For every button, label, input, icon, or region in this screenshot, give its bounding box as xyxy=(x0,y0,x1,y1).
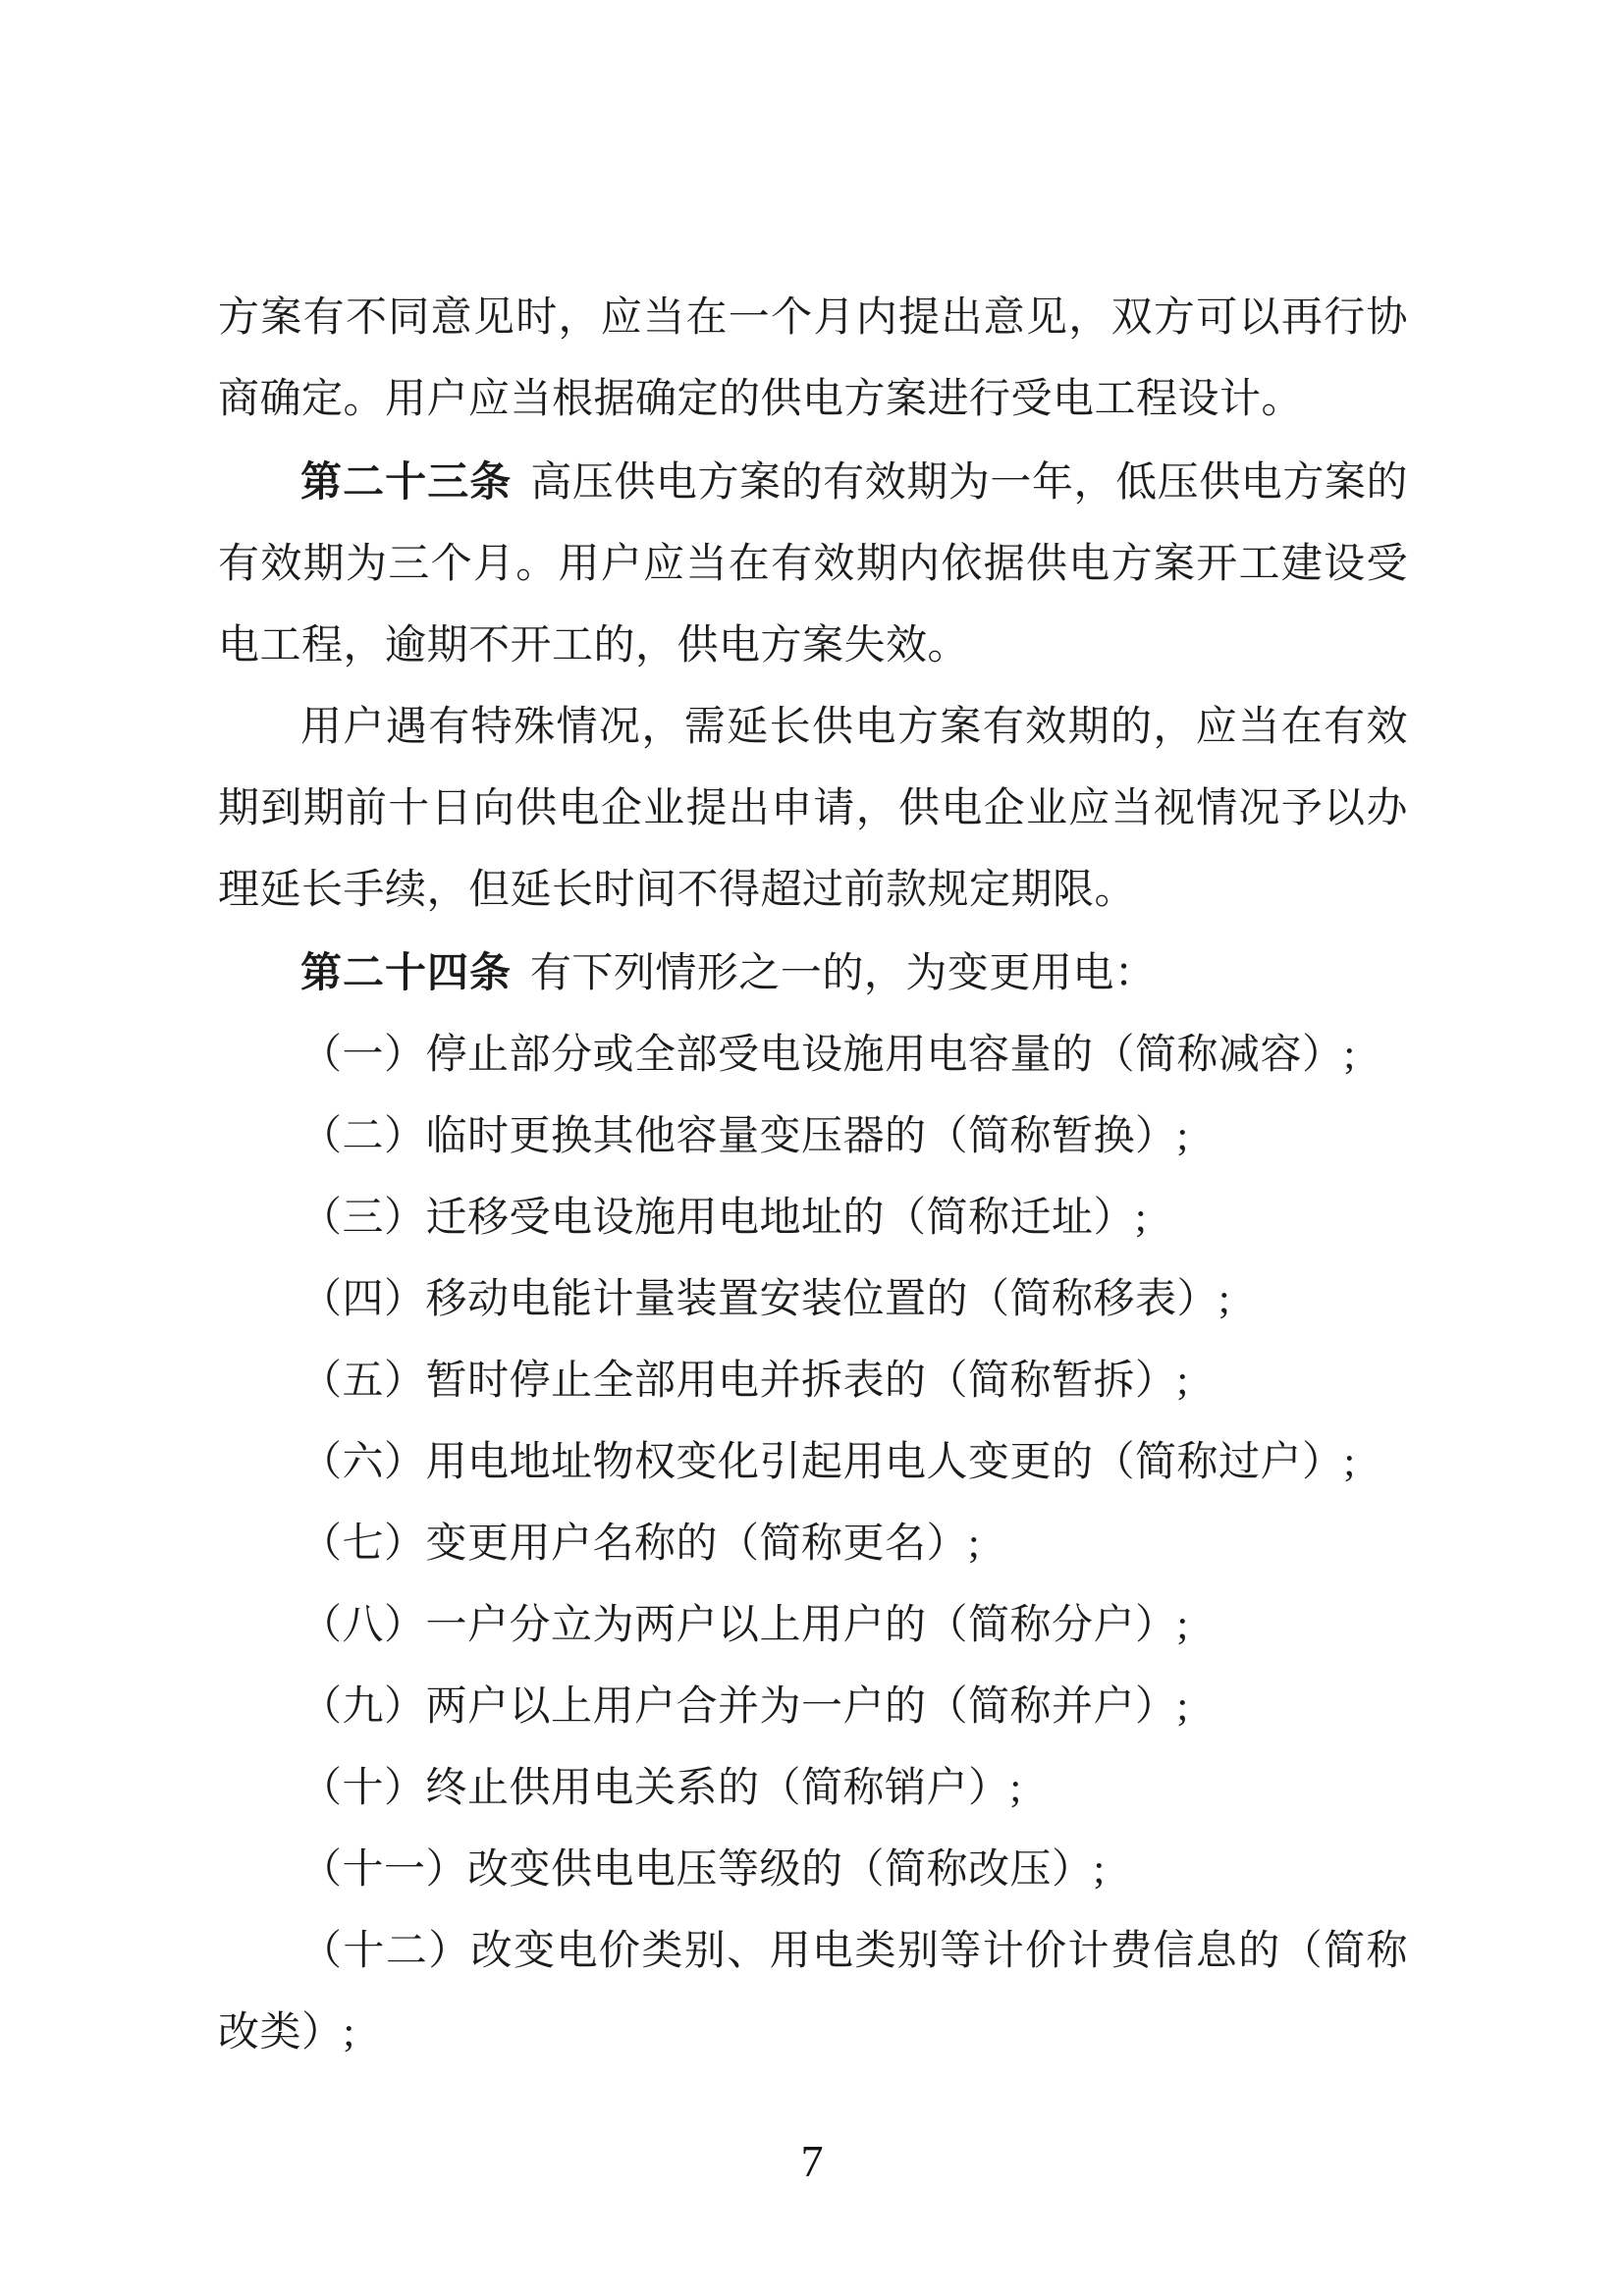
item-11: （十一）改变供电电压等级的（简称改压）; xyxy=(218,1830,1408,1911)
article-23: 第二十三条高压供电方案的有效期为一年，低压供电方案的有效期为三个月。用户应当在有… xyxy=(218,441,1408,687)
document-body: 方案有不同意见时，应当在一个月内提出意见，双方可以再行协商确定。用户应当根据确定… xyxy=(218,278,1408,2074)
page-footer: 7 xyxy=(0,2132,1624,2191)
item-10: （十）终止供用电关系的（简称销户）; xyxy=(218,1748,1408,1830)
article-24: 第二十四条有下列情形之一的，为变更用电： xyxy=(218,932,1408,1015)
item-7: （七）变更用户名称的（简称更名）; xyxy=(218,1504,1408,1585)
item-12: （十二）改变电价类别、用电类别等计价计费信息的（简称改类）; xyxy=(218,1911,1408,2074)
article-24-number: 第二十四条 xyxy=(300,949,512,995)
article-23-paragraph-2: 用户遇有特殊情况，需延长供电方案有效期的，应当在有效期到期前十日向供电企业提出申… xyxy=(218,687,1408,932)
item-6: （六）用电地址物权变化引起用电人变更的（简称过户）; xyxy=(218,1422,1408,1504)
item-5: （五）暂时停止全部用电并拆表的（简称暂拆）; xyxy=(218,1341,1408,1422)
item-3: （三）迁移受电设施用电地址的（简称迁址）; xyxy=(218,1178,1408,1259)
item-1: （一）停止部分或全部受电设施用电容量的（简称减容）; xyxy=(218,1015,1408,1096)
item-2: （二）临时更换其他容量变压器的（简称暂换）; xyxy=(218,1096,1408,1178)
page-number: 7 xyxy=(801,2136,824,2186)
item-9: （九）两户以上用户合并为一户的（简称并户）; xyxy=(218,1667,1408,1748)
clause-continuation: 方案有不同意见时，应当在一个月内提出意见，双方可以再行协商确定。用户应当根据确定… xyxy=(218,278,1408,441)
article-23-number: 第二十三条 xyxy=(300,458,512,505)
document-page: 方案有不同意见时，应当在一个月内提出意见，双方可以再行协商确定。用户应当根据确定… xyxy=(0,0,1624,2296)
item-4: （四）移动电能计量装置安装位置的（简称移表）; xyxy=(218,1259,1408,1341)
item-8: （八）一户分立为两户以上用户的（简称分户）; xyxy=(218,1585,1408,1667)
